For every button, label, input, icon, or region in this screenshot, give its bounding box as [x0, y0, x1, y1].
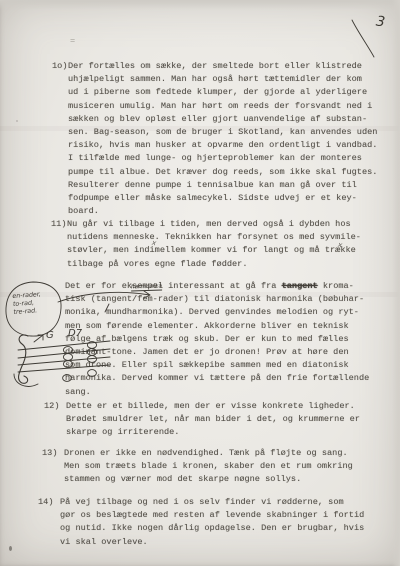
- typo-artifact: =: [70, 36, 75, 46]
- paragraph-13-text: Dronen er ikke en nødvendighed. Tænk på …: [64, 447, 394, 487]
- paragraph-14-number: 14): [38, 496, 53, 509]
- paragraph-13-number: 13): [42, 447, 57, 460]
- paragraph-14-text: På vej tilbage og ned i os selv finder v…: [60, 496, 390, 549]
- free-line1-post: kroma-: [318, 281, 354, 291]
- scan-streak: [0, 292, 400, 297]
- scan-speck: [16, 120, 18, 122]
- paragraph-13: 13) Dronen er ikke en nødvendighed. Tænk…: [64, 447, 394, 487]
- struck-word: tangent: [282, 281, 318, 291]
- paragraph-12-text: Dette er et billede, men der er visse ko…: [66, 400, 396, 440]
- music-staff-sketch: G D7: [6, 328, 118, 392]
- page-number-slash: [348, 16, 378, 61]
- paragraph-10-text: Der fortælles om sække, der smeltede bor…: [68, 60, 398, 218]
- paragraph-11-text: Nu går vi tilbage i tiden, men derved og…: [67, 218, 397, 271]
- paragraph-12: 12) Dette er et billede, men der er viss…: [66, 400, 396, 440]
- chord-label-g: G: [46, 330, 54, 341]
- paragraph-11-number: 11): [51, 218, 66, 231]
- chord-g-notes: [63, 347, 73, 382]
- clef-squiggle: [19, 335, 28, 383]
- paragraph-10: 1o) Der fortælles om sække, der smeltede…: [68, 60, 398, 218]
- paragraph-12-number: 12): [44, 400, 59, 413]
- scan-speck: [9, 546, 12, 551]
- paragraph-11: 11) Nu går vi tilbage i tiden, men derve…: [67, 218, 397, 271]
- bottom-slur: [14, 374, 38, 386]
- margin-note-arrow: [56, 288, 156, 306]
- chord-g-arrow: [34, 335, 43, 342]
- paragraph-14: 14) På vej tilbage og ned i os selv find…: [60, 496, 390, 549]
- scan-streak: [0, 126, 400, 131]
- paragraph-10-number: 1o): [52, 60, 67, 73]
- chord-label-d7: D7: [68, 328, 83, 339]
- scanned-page: 3 = 1o) Der fortælles om sække, der smel…: [0, 0, 400, 566]
